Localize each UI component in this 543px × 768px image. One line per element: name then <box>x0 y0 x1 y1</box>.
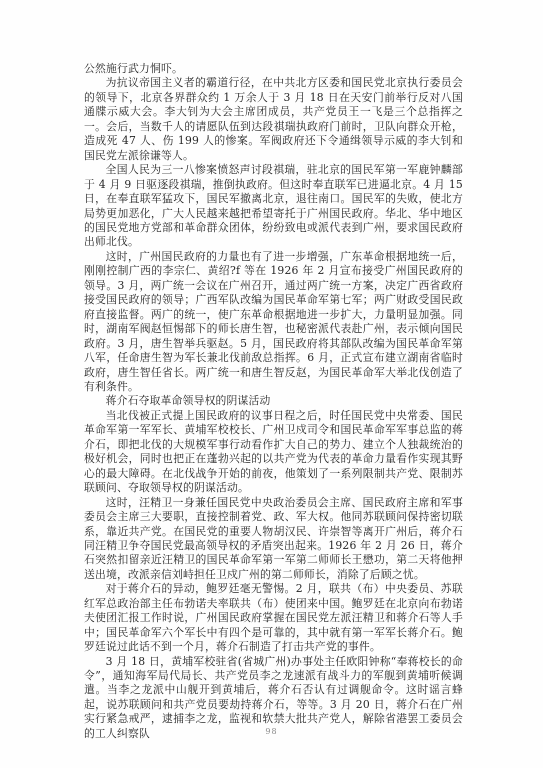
paragraph: 全国人民为三一八惨案愤怒声讨段祺瑞，驻北京的国民军第一军鹿钟麟部于 4 月 9 … <box>84 163 463 250</box>
page-number: 98 <box>0 727 543 736</box>
paragraph-continuation: 公然施行武力恫吓。 <box>84 62 463 76</box>
text-block: 公然施行武力恫吓。 为抗议帝国主义者的霸道行径，在中共北方区委和国民党北京执行委… <box>84 62 463 741</box>
section-heading: 蒋介石夺取革命领导权的阴谋活动 <box>84 394 463 408</box>
paragraph: 这时，广州国民政府的力量也有了进一步增强，广东革命根据地统一后，刚刚控制广西的李… <box>84 250 463 395</box>
document-page: 公然施行武力恫吓。 为抗议帝国主义者的霸道行径，在中共北方区委和国民党北京执行委… <box>0 0 543 768</box>
paragraph: 当北伐被正式提上国民政府的议事日程之后，时任国民党中央常委、国民革命军第一军军长… <box>84 409 463 496</box>
paragraph: 对于蒋介石的异动，鲍罗廷毫无警惕。2 月，联共（布）中央委员、苏联红军总政治部主… <box>84 582 463 654</box>
paragraph: 这时，汪精卫一身兼任国民党中央政治委员会主席、国民政府主席和军事委员会主席三大要… <box>84 496 463 583</box>
paragraph: 为抗议帝国主义者的霸道行径，在中共北方区委和国民党北京执行委员会的领导下，北京各… <box>84 76 463 163</box>
